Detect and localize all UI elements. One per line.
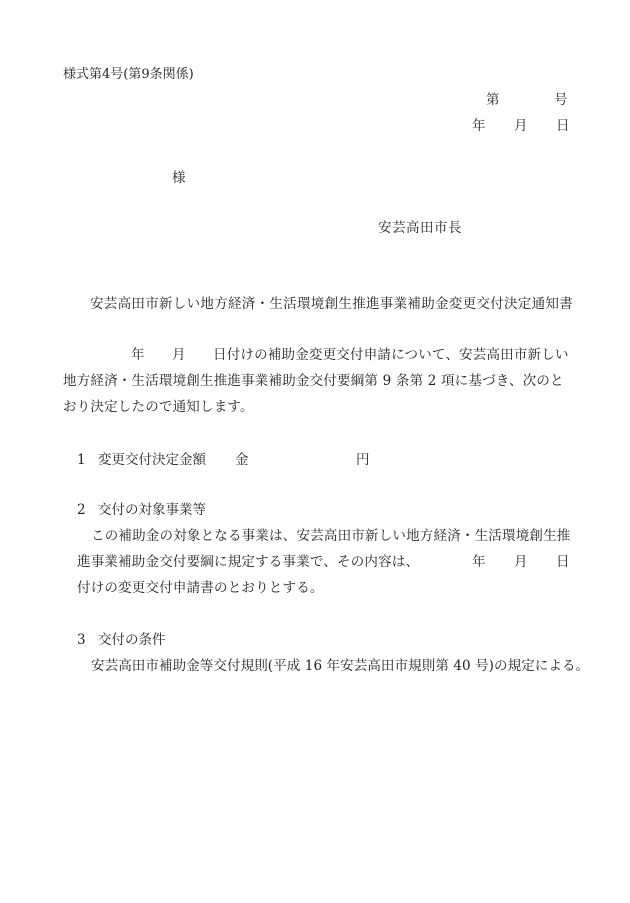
intro-line-2: 地方経済・生活環境創生推進事業補助金交付要綱第 9 条第 2 項に基づき、次のと — [63, 375, 564, 389]
section-body-line-3: 付けの変更交付申請書のとおりとする。 — [77, 582, 324, 596]
section-number: 1 — [77, 454, 86, 468]
section-date-year: 年 — [472, 556, 486, 570]
doc-number-suffix: 号 — [554, 94, 568, 108]
intro-year: 年 — [131, 349, 145, 363]
date-day: 日 — [556, 120, 570, 134]
doc-number-prefix: 第 — [486, 94, 500, 108]
amount-prefix: 金 — [235, 454, 249, 468]
document-title: 安芸高田市新しい地方経済・生活環境創生推進事業補助金変更交付決定通知書 — [90, 298, 573, 312]
sender-name: 安芸高田市長 — [378, 222, 462, 236]
section-heading: 変更交付決定金額 — [98, 454, 206, 468]
intro-month: 月 — [172, 349, 186, 363]
section-heading: 交付の条件 — [98, 634, 166, 648]
section-date-month: 月 — [514, 556, 528, 570]
intro-line-3: おり決定したので通知します。 — [63, 401, 254, 415]
section-number: 2 — [77, 504, 86, 518]
date-month: 月 — [514, 120, 528, 134]
date-year: 年 — [472, 120, 486, 134]
section-number: 3 — [77, 634, 86, 648]
section-heading: 交付の対象事業等 — [98, 504, 206, 518]
amount-suffix: 円 — [356, 454, 370, 468]
section-body-line-1: 安芸高田市補助金等交付規則(平成 16 年安芸高田市規則第 40 号)の規定によ… — [91, 660, 589, 674]
section-date-day: 日 — [556, 556, 570, 570]
form-number: 様式第4号(第9条関係) — [63, 68, 194, 81]
section-body-line-1: この補助金の対象となる事業は、安芸高田市新しい地方経済・生活環境創生推 — [91, 530, 571, 544]
intro-line-1: 日付けの補助金変更交付申請について、安芸高田市新しい — [213, 349, 569, 363]
section-body-line-2: 進事業補助金交付要綱に規定する事業で、その内容は、 — [77, 556, 419, 570]
addressee-honorific: 様 — [172, 172, 186, 186]
